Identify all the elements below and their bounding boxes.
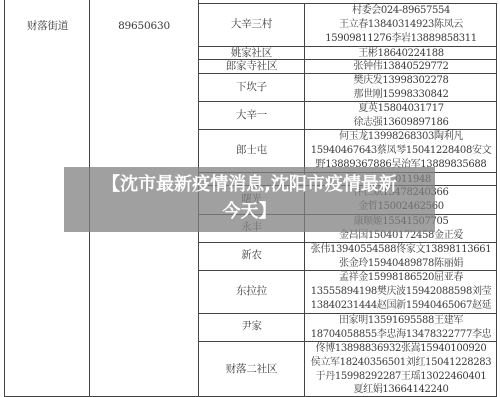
contact-line: 13555894198樊庆波15942088598刘莹 xyxy=(305,285,497,298)
banner-title-line1: 【沈市最新疫情消息,沈阳市疫情最新 xyxy=(64,171,435,198)
contact-line: 张钟伟13840529772 xyxy=(305,60,497,73)
contact-line: 佟博13898836932张嵩15940100920 xyxy=(305,342,497,355)
district-name: 财落街道 xyxy=(5,20,90,33)
district-phone: 89650630 xyxy=(90,20,198,33)
banner-title: 【沈市最新疫情消息,沈阳市疫情最新 今天】 xyxy=(64,171,435,225)
banner-title-line2: 今天】 xyxy=(64,198,435,225)
community-name: 郎家寺社区 xyxy=(199,60,304,73)
contact-line: 王彬18640224188 xyxy=(305,47,497,60)
contact-line: 13840231444赵国新15940465067赵延 xyxy=(305,299,497,312)
contact-line: 徐志强13609897186 xyxy=(305,116,497,129)
community-name: 下坎子 xyxy=(199,81,304,94)
contact-line: 何玉龙13998268303陶利凡 xyxy=(305,130,497,143)
community-name: 新农 xyxy=(199,249,304,262)
community-name: 大辛一 xyxy=(199,109,304,122)
contact-line: 于丹15998292287王瑶13022460401 xyxy=(305,370,497,383)
community-name: 姚家社区 xyxy=(199,47,304,60)
contact-line: 那世刚15998330842 xyxy=(305,88,497,101)
contact-line: 孟祥金15998186520屈亚春 xyxy=(305,271,497,284)
contact-line: 张金玲15940489878陈丽娟 xyxy=(305,257,497,270)
contact-line: 侯立军18240356501刘红15041228283 xyxy=(305,356,497,369)
community-name: 财落二社区 xyxy=(199,363,304,376)
community-name: 大辛三村 xyxy=(199,18,304,31)
contact-line: 18704058855李忠海13478322777李忠 xyxy=(305,328,497,341)
contact-line: 田家明13591695588王建军 xyxy=(305,314,497,327)
contact-line: 15909811276李岩13889858311 xyxy=(305,32,497,45)
community-name: 郎士屯 xyxy=(199,144,304,157)
community-name: 东拉拉 xyxy=(199,285,304,298)
contact-line: 樊庆发13998302278 xyxy=(305,74,497,87)
contact-line: 夏英15804031717 xyxy=(305,102,497,115)
table-border-left xyxy=(4,0,5,397)
contact-line: 张伟13940554588佟家文13898113661 xyxy=(305,243,497,256)
contact-line: 15940467643蔡凤琴15041228408安文 xyxy=(305,144,497,157)
contact-line: 王立春13840314923陈凤云 xyxy=(305,18,497,31)
contact-line: 村委会024-89657554 xyxy=(305,4,497,17)
community-name: 尹家 xyxy=(199,320,304,333)
contact-line: 夏红娟13664142240 xyxy=(305,383,497,396)
